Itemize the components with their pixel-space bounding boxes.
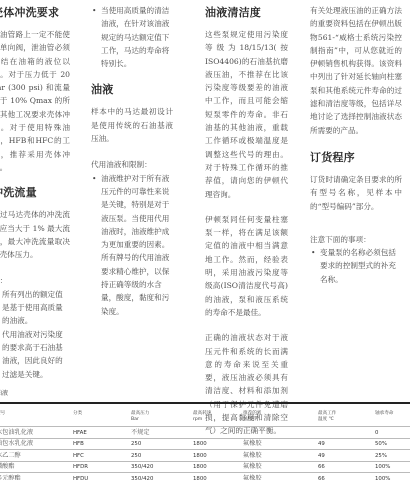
cell-class: HFB: [73, 440, 84, 448]
paragraph-eaton-pumps: 伊顿泵同任何变量柱塞泵一样，将在满足该额定值的油液中相当满意地工作。然而，经验表…: [205, 213, 288, 319]
cell-bearing-life: 25%: [375, 452, 387, 460]
column-1: 壳体冲洗要求 泄油管路上一定不能使用单向阀，泄油管必须终结在油箱的液位以下。对于…: [0, 0, 70, 381]
bullet-motor-life: •当使用高质量的清洁油液，在针对该油液规定的马达额定值下工作，马达的寿命将特别长…: [91, 4, 173, 70]
bullet-alt-fluids: •代用油液对污染度的要求高于石油基油液，因此良好的过滤是关键。: [0, 328, 70, 381]
paragraph-drain-line: 泄油管路上一定不能使用单向阀，泄油管必须终结在油箱的液位以下。对于压力低于 20…: [0, 28, 70, 174]
table-row: 多元醇酯 HFDU 350/420 1800 氟橡胶 66 100%: [0, 472, 410, 480]
cell-temp: 49: [318, 440, 325, 448]
label-alt-fluids: 代用油液和限制：: [91, 158, 173, 171]
cell-speed: 1800: [193, 452, 207, 460]
bullet-control-suffix: •变量泵的名称必须包括要求的控制型式的补充名称。: [310, 246, 402, 286]
header-model: 型号: [0, 411, 5, 417]
cell-speed: 1800: [193, 475, 207, 480]
cell-temp: 66: [318, 463, 325, 471]
table-row: 水乙二醇 HFC 250 1800 氟橡胶 49 25%: [0, 449, 410, 461]
cell-pressure: 250: [131, 440, 141, 448]
cell-pressure: 250: [131, 452, 141, 460]
cell-class: HFDU: [73, 475, 88, 480]
cell-model: 磷酸酯: [0, 463, 15, 471]
table-row: 水包油乳化液 HFAE 不规定 0: [0, 426, 410, 438]
cell-class: HFDR: [73, 463, 88, 471]
paragraph-cleanliness-codes: 这些泵规定使用污染度等级为18/15/13(按ISO4406)的石油基抗磨液压油…: [205, 28, 288, 201]
cell-seal: 氟橡胶: [243, 452, 262, 460]
paragraph-ordering: 订货时请确定条目要求的所有型号名称，见样本中的“型号编码”部分。: [310, 173, 402, 213]
bullet-fluid-maintenance: •油液维护对于所有液压元件的可靠性来说是关键，特别是对于液压泵。当使用代用油液时…: [91, 172, 173, 318]
paragraph-flush-flow: 通过马达壳体的冲洗流量应当大于 1% 最大流量，最大冲洗流量取决于壳体压力。: [0, 208, 70, 261]
column-2: •当使用高质量的清洁油液，在针对该油液规定的马达额定值下工作，马达的寿命将特别长…: [91, 0, 173, 318]
header-bearing-life: 轴承寿命: [375, 411, 393, 417]
bullet-icon: •: [92, 172, 96, 185]
header-max-pressure: 最高压力Bar: [131, 411, 149, 423]
header-max-speed: 最高转速rpm: [193, 411, 211, 423]
cell-speed: 1800: [193, 463, 207, 471]
heading-case-flushing: 壳体冲洗要求: [0, 6, 70, 20]
label-notes: 注意下面的事项：: [310, 233, 402, 246]
cell-pressure: 不规定: [131, 429, 150, 437]
fluids-table: 型号 分类 最高压力Bar 最高转速rpm 推荐的密封材料 最高工作温度 ℃ 轴…: [0, 404, 410, 480]
cell-seal: 氟橡胶: [243, 475, 262, 480]
cell-temp: 66: [318, 475, 325, 480]
header-class: 分类: [73, 411, 82, 417]
header-max-temp: 最高工作温度 ℃: [318, 411, 336, 423]
cell-bearing-life: 50%: [375, 440, 387, 448]
notes-label: 注：: [0, 274, 70, 287]
cell-pressure: 350/420: [131, 463, 153, 471]
cell-bearing-life: 100%: [375, 463, 390, 471]
cell-model: 多元醇酯: [0, 475, 21, 480]
paragraph-publication-561: 有关处理液压油的正确方法的重要资料包括在伊顿出版物561-“威格士系统污染控制指…: [310, 4, 402, 137]
bullet-ratings: •所有列出的额定值是基于使用高质量的油液。: [0, 288, 70, 328]
cell-class: HFC: [73, 452, 84, 460]
cell-class: HFAE: [73, 429, 87, 437]
heading-flush-flow: 冲洗流量: [0, 186, 70, 200]
cell-seal: 氟橡胶: [243, 463, 262, 471]
column-4: 有关处理液压油的正确方法的重要资料包括在伊顿出版物561-“威格士系统污染控制指…: [310, 0, 402, 286]
cell-speed: 1800: [193, 440, 207, 448]
bullet-icon: •: [92, 4, 96, 17]
heading-ordering-procedure: 订货程序: [310, 151, 402, 165]
cell-seal: 氟橡胶: [243, 440, 262, 448]
cell-model: 水乙二醇: [0, 452, 21, 460]
heading-fluid-cleanliness: 油液清洁度: [205, 6, 288, 20]
bullet-icon: •: [311, 246, 315, 259]
header-seal-material: 推荐的密封材料: [243, 411, 261, 423]
paragraph-fluids: 样本中的马达最初设计是使用传统的石油基液压油。: [91, 105, 173, 145]
heading-fluids: 油液: [91, 83, 173, 97]
cell-temp: 49: [318, 452, 325, 460]
table-header-row: 型号 分类 最高压力Bar 最高转速rpm 推荐的密封材料 最高工作温度 ℃ 轴…: [0, 404, 410, 426]
cell-model: 水包油乳化液: [0, 429, 33, 437]
column-3: 油液清洁度 这些泵规定使用污染度等级为18/15/13(按ISO4406)的石油…: [205, 0, 288, 438]
table-title: 油液: [0, 388, 8, 397]
cell-pressure: 350/420: [131, 475, 153, 480]
cell-bearing-life: 100%: [375, 475, 390, 480]
cell-model: 油包水乳化液: [0, 440, 33, 448]
table-row: 磷酸酯 HFDR 350/420 1800 氟橡胶 66 100%: [0, 461, 410, 473]
cell-bearing-life: 0: [375, 429, 378, 437]
table-row: 油包水乳化液 HFB 250 1800 氟橡胶 49 50%: [0, 438, 410, 450]
